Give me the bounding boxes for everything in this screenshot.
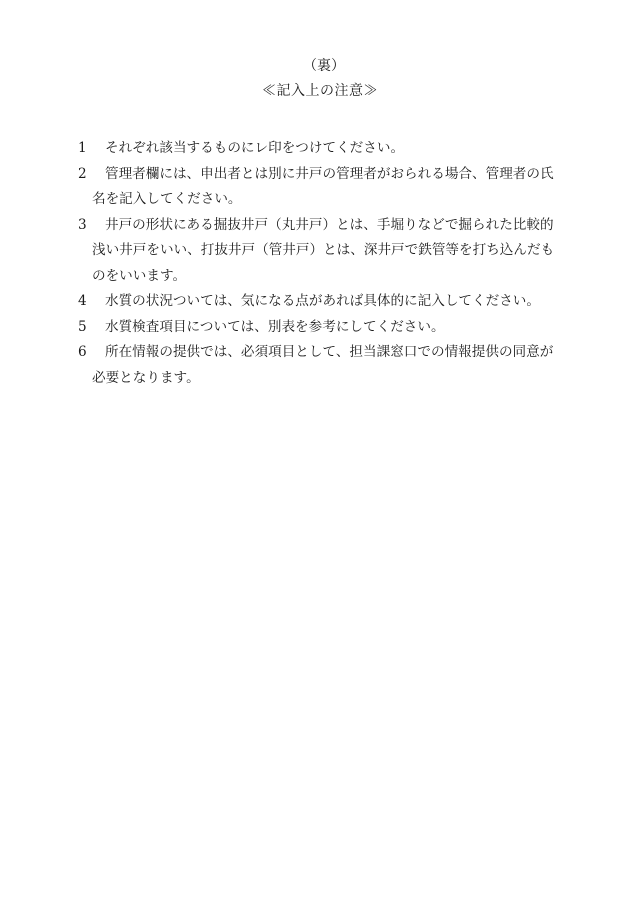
page-title: ≪記入上の注意≫: [262, 80, 378, 100]
note-text-continued: 必要となります。: [78, 366, 568, 392]
note-number: 4: [78, 289, 105, 315]
note-text: 水質検査項目については、別表を参考にしてください。: [105, 319, 445, 335]
note-number: 6: [78, 340, 105, 366]
note-text: 所在情報の提供では、必須項目として、担当課窓口での情報提供の同意が: [105, 344, 553, 360]
note-text: 管理者欄には、申出者とは別に井戸の管理者がおられる場合、管理者の氏: [105, 166, 554, 182]
reverse-side-label: （裏）: [303, 55, 345, 75]
note-item-3: 3井戸の形状にある掘抜井戸（丸井戸）とは、手堀りなどで掘られた比較的 浅い井戸を…: [78, 213, 568, 290]
note-text-continued: 浅い井戸をいい、打抜井戸（管井戸）とは、深井戸で鉄管等を打ち込んだも: [78, 238, 568, 264]
note-text: 水質の状況ついては、気になる点があれば具体的に記入してください。: [105, 293, 540, 309]
note-text-continued: のをいいます。: [78, 264, 568, 290]
note-item-2: 2管理者欄には、申出者とは別に井戸の管理者がおられる場合、管理者の氏 名を記入し…: [78, 162, 568, 213]
note-text: それぞれ該当するものにレ印をつけてください。: [105, 140, 404, 156]
note-number: 1: [78, 136, 105, 162]
note-text-continued: 名を記入してください。: [78, 187, 568, 213]
note-item-5: 5水質検査項目については、別表を参考にしてください。: [78, 315, 568, 341]
notes-list: 1それぞれ該当するものにレ印をつけてください。 2管理者欄には、申出者とは別に井…: [78, 136, 568, 391]
note-item-6: 6所在情報の提供では、必須項目として、担当課窓口での情報提供の同意が 必要となり…: [78, 340, 568, 391]
note-number: 5: [78, 315, 105, 341]
document-page: （裏） ≪記入上の注意≫ 1それぞれ該当するものにレ印をつけてください。 2管理…: [0, 0, 630, 915]
note-text: 井戸の形状にある掘抜井戸（丸井戸）とは、手堀りなどで掘られた比較的: [105, 217, 554, 233]
note-item-1: 1それぞれ該当するものにレ印をつけてください。: [78, 136, 568, 162]
note-number: 3: [78, 213, 105, 239]
note-number: 2: [78, 162, 105, 188]
note-item-4: 4水質の状況ついては、気になる点があれば具体的に記入してください。: [78, 289, 568, 315]
